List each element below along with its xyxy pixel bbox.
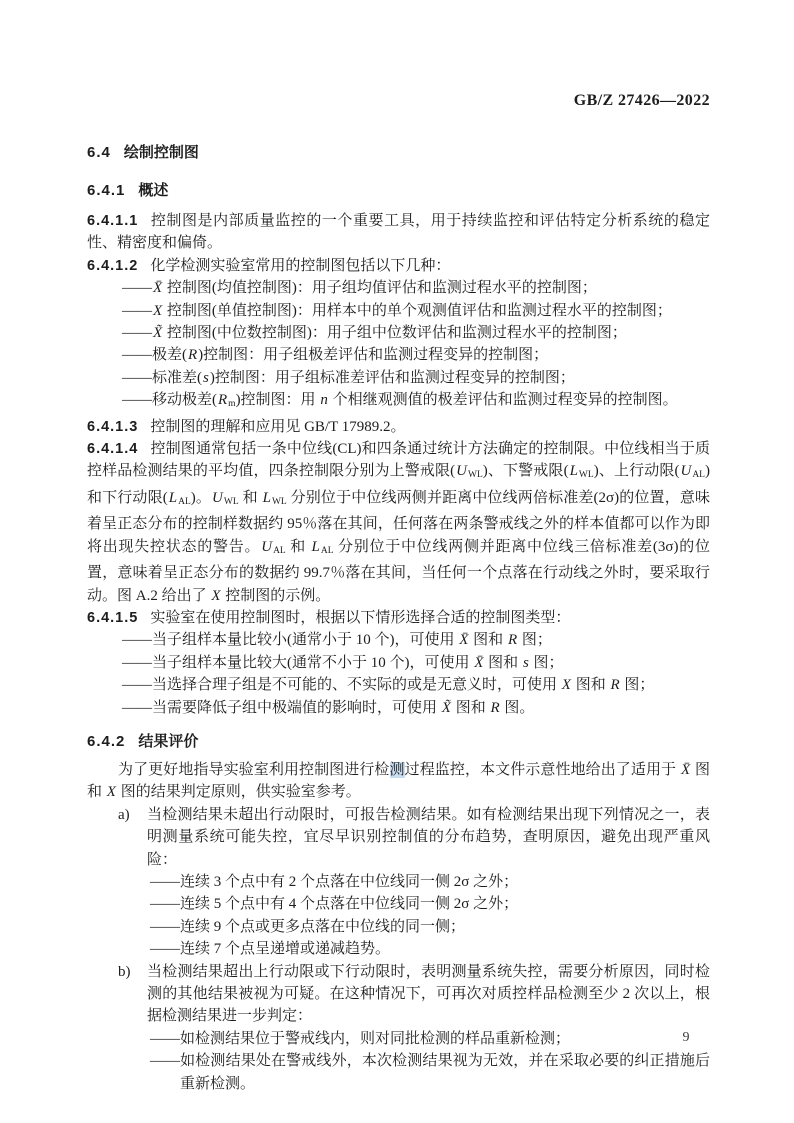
item-text: 当检测结果超出上行动限或下行动限时，表明测量系统失控，需要分析原因，同时检测的其…: [147, 961, 710, 1028]
text-run: 图和: [452, 700, 490, 716]
text-run: ——当需要降低子组中极端值的影响时，可使用: [122, 700, 441, 716]
text-run: R: [217, 392, 228, 408]
lettered-item-a: a) 当检测结果未超出行动限时，可报告检测结果。如有检测结果出现下列情况之一，表…: [87, 804, 710, 871]
list-item: ——当选择合理子组是不可能的、不实际的或是无意义时，可使用 X 图和 R 图；: [87, 674, 710, 696]
list-item: ——如检测结果位于警戒线内，则对同批检测的样品重新检测；: [87, 1028, 710, 1050]
text-run: X̃: [441, 700, 452, 716]
text-run: ——当选择合理子组是不可能的、不实际的或是无意义时，可使用: [122, 677, 561, 693]
clause-number: 6.4.1.3: [87, 419, 138, 435]
list-item: ——标准差(s)控制图：用子组标准差评估和监测过程变异的控制图；: [87, 367, 710, 389]
text-selection-highlight: 测: [390, 762, 405, 778]
section-title: 概述: [138, 182, 168, 199]
text-run: )、下警戒限(: [483, 463, 569, 479]
item-label: a): [118, 804, 147, 871]
list-item: ——连续 3 个点中有 2 个点落在中位线同一侧 2σ 之外；: [87, 871, 710, 893]
text-run: )。: [191, 490, 211, 506]
text-run: R: [187, 347, 198, 363]
list-item: ——连续 5 个点中有 4 个点落在中位线同一侧 2σ 之外；: [87, 893, 710, 915]
section-title: 绘制控制图: [124, 144, 199, 161]
page-footer: 9: [650, 1030, 722, 1046]
section-number: 6.4.1: [87, 182, 125, 199]
text-run: ——如检测结果处在警戒线外，本次检测结果视为无效，并在采取必要的纠正措施后重新检…: [150, 1053, 710, 1091]
text-run: 个相继观测值的极差评估和监测过程变异的控制图。: [329, 392, 678, 408]
text-run: 图的结果判定原则，供实验室参考。: [117, 784, 361, 800]
text-run: ——连续 3 个点中有 2 个点落在中位线同一侧 2σ 之外；: [150, 874, 518, 890]
list-item: ——极差(R)控制图：用子组极差评估和监测过程变异的控制图；: [87, 344, 710, 366]
list-item: ——连续 7 个点呈递增或递减趋势。: [87, 938, 710, 960]
text-run: 图和: [484, 655, 522, 671]
page-number: 9: [683, 1030, 690, 1045]
text-run: 图；: [621, 677, 655, 693]
text-run: 图和: [469, 632, 507, 648]
text-run: 图和: [572, 677, 610, 693]
text-run: m: [228, 399, 235, 409]
section-number: 6.4: [87, 144, 111, 161]
text-run: 控制图的理解和应用见 GB/T 17989.2。: [150, 419, 405, 435]
section-title: 结果评价: [138, 733, 198, 750]
clause-number: 6.4.1.4: [87, 441, 138, 457]
text-run: ——当子组样本量比较小(通常小于 10 个)，可使用: [122, 632, 458, 648]
text-run: 和: [286, 539, 311, 555]
evaluation-intro-paragraph: 为了更好地指导实验室利用控制图进行检测过程监控，本文件示意性地给出了适用于 X̄…: [87, 759, 710, 804]
text-run: s: [522, 655, 530, 671]
text-run: 图。: [501, 700, 535, 716]
clause-text: 控制图的理解和应用见 GB/T 17989.2。: [150, 419, 405, 435]
text-run: ——连续 9 个点或更多点落在中位线的同一侧；: [150, 919, 465, 935]
text-run: WL: [579, 470, 594, 480]
text-run: AL: [273, 546, 286, 556]
text-run: X̃: [152, 325, 163, 341]
text-run: U: [260, 539, 273, 555]
text-run: )控制图：用子组极差评估和监测过程变异的控制图；: [198, 347, 548, 363]
text-run: X̄: [680, 762, 691, 778]
text-run: n: [319, 392, 329, 408]
text-run: ——: [122, 303, 152, 319]
item-label: b): [118, 961, 147, 1028]
clause-6-4-1-3: 6.4.1.3控制图的理解和应用见 GB/T 17989.2。: [87, 416, 710, 438]
text-run: AL: [692, 470, 705, 480]
text-run: 控制图(中位数控制图)：用子组中位数评估和监测过程水平的控制图；: [163, 325, 627, 341]
text-run: 控制图(均值控制图)：用子组均值评估和监测过程水平的控制图；: [163, 280, 597, 296]
document-body: 6.4绘制控制图 6.4.1概述 6.4.1.1控制图是内部质量监控的一个重要工…: [87, 143, 710, 1095]
list-item: ——移动极差(Rm)控制图：用 n 个相继观测值的极差评估和监测过程变异的控制图…: [87, 389, 710, 415]
text-run: 控制图的示例。: [222, 588, 331, 604]
text-run: WL: [224, 497, 239, 507]
text-run: AL: [321, 546, 334, 556]
clause-6-4-1-2: 6.4.1.2化学检测实验室常用的控制图包括以下几种：: [87, 255, 710, 277]
text-run: ——如检测结果位于警戒线内，则对同批检测的样品重新检测；: [150, 1031, 570, 1047]
text-run: ——: [122, 280, 152, 296]
text-run: X̄: [458, 632, 469, 648]
clause-text: 实验室在使用控制图时，根据以下情形选择合适的控制图类型：: [150, 610, 570, 626]
clause-text: 控制图是内部质量监控的一个重要工具，用于持续监控和评估特定分析系统的稳定性、精密…: [87, 213, 710, 251]
text-run: X: [106, 784, 117, 800]
text-run: ——: [122, 325, 152, 341]
text-run: L: [569, 463, 579, 479]
text-run: ——标准差(: [122, 370, 202, 386]
text-run: ——连续 5 个点中有 4 个点落在中位线同一侧 2σ 之外；: [150, 896, 518, 912]
section-number: 6.4.2: [87, 733, 125, 750]
text-run: U: [679, 463, 692, 479]
list-item: ——X̃ 控制图(中位数控制图)：用子组中位数评估和监测过程水平的控制图；: [87, 322, 710, 344]
text-run: )控制图：用子组标准差评估和监测过程变异的控制图；: [210, 370, 575, 386]
text-run: X̄: [473, 655, 484, 671]
text-run: R: [609, 677, 620, 693]
clause-number: 6.4.1.2: [87, 258, 138, 274]
text-run: X̄: [152, 280, 163, 296]
text-run: 图；: [530, 655, 564, 671]
text-run: 控制图(单值控制图)：用样本中的单个观测值评估和监测过程水平的控制图；: [163, 303, 672, 319]
text-run: X: [561, 677, 572, 693]
list-item: ——连续 9 个点或更多点落在中位线的同一侧；: [87, 916, 710, 938]
lettered-item-b: b) 当检测结果超出上行动限或下行动限时，表明测量系统失控，需要分析原因，同时检…: [87, 961, 710, 1028]
item-text: 当检测结果未超出行动限时，可报告检测结果。如有检测结果出现下列情况之一，表明测量…: [147, 804, 710, 871]
list-item: ——当子组样本量比较大(通常不小于 10 个)，可使用 X̄ 图和 s 图；: [87, 652, 710, 674]
list-item: ——如检测结果处在警戒线外，本次检测结果视为无效，并在采取必要的纠正措施后重新检…: [87, 1050, 710, 1095]
list-item: ——X 控制图(单值控制图)：用样本中的单个观测值评估和监测过程水平的控制图；: [87, 300, 710, 322]
text-run: 和: [239, 490, 262, 506]
text-run: AL: [178, 497, 191, 507]
text-run: )、上行动限(: [594, 463, 680, 479]
text-run: U: [211, 490, 224, 506]
clause-number: 6.4.1.5: [87, 610, 138, 626]
text-run: L: [262, 490, 272, 506]
clause-6-4-1-1: 6.4.1.1控制图是内部质量监控的一个重要工具，用于持续监控和评估特定分析系统…: [87, 210, 710, 255]
list-item: ——当需要降低子组中极端值的影响时，可使用 X̃ 图和 R 图。: [87, 697, 710, 719]
text-run: L: [168, 490, 178, 506]
text-run: 实验室在使用控制图时，根据以下情形选择合适的控制图类型：: [150, 610, 570, 626]
text-run: ——连续 7 个点呈递增或递减趋势。: [150, 941, 390, 957]
text-run: 过程监控，本文件示意性地给出了适用于: [405, 762, 680, 778]
standard-number: GB/Z 27426—2022: [574, 92, 710, 109]
text-run: 图；: [518, 632, 552, 648]
clause-6-4-1-4: 6.4.1.4控制图通常包括一条中位线(CL)和四条通过统计方法确定的控制限。中…: [87, 438, 710, 607]
text-run: WL: [272, 497, 287, 507]
text-run: 控制图是内部质量监控的一个重要工具，用于持续监控和评估特定分析系统的稳定性、精密…: [87, 213, 710, 251]
text-run: L: [310, 539, 320, 555]
text-run: U: [455, 463, 468, 479]
text-run: X: [152, 303, 163, 319]
document-page: GB/Z 27426—2022 6.4绘制控制图 6.4.1概述 6.4.1.1…: [0, 0, 794, 1123]
text-run: X: [210, 588, 221, 604]
text-run: 化学检测实验室常用的控制图包括以下几种：: [150, 258, 450, 274]
text-run: ——极差(: [122, 347, 187, 363]
list-item: ——X̄ 控制图(均值控制图)：用子组均值评估和监测过程水平的控制图；: [87, 277, 710, 299]
text-run: s: [202, 370, 210, 386]
section-heading-6-4-1: 6.4.1概述: [87, 181, 710, 201]
text-run: 为了更好地指导实验室利用控制图进行检: [118, 762, 390, 778]
text-run: ——当子组样本量比较大(通常不小于 10 个)，可使用: [122, 655, 473, 671]
section-heading-6-4-2: 6.4.2结果评价: [87, 732, 710, 752]
text-run: ——移动极差(: [122, 392, 217, 408]
list-item: ——当子组样本量比较小(通常小于 10 个)，可使用 X̄ 图和 R 图；: [87, 629, 710, 651]
clause-text: 控制图通常包括一条中位线(CL)和四条通过统计方法确定的控制限。中位线相当于质控…: [87, 441, 710, 603]
clause-text: 化学检测实验室常用的控制图包括以下几种：: [150, 258, 450, 274]
clause-6-4-1-5: 6.4.1.5实验室在使用控制图时，根据以下情形选择合适的控制图类型：: [87, 607, 710, 629]
text-run: 当检测结果未超出行动限时，可报告检测结果。如有检测结果出现下列情况之一，表明测量…: [147, 807, 710, 868]
section-heading-6-4: 6.4绘制控制图: [87, 143, 710, 163]
text-run: R: [489, 700, 500, 716]
text-run: R: [507, 632, 518, 648]
text-run: 当检测结果超出上行动限或下行动限时，表明测量系统失控，需要分析原因，同时检测的其…: [147, 964, 710, 1025]
document-header: GB/Z 27426—2022: [0, 0, 794, 110]
text-run: WL: [468, 470, 483, 480]
clause-number: 6.4.1.1: [87, 213, 138, 229]
text-run: )控制图：用: [236, 392, 320, 408]
